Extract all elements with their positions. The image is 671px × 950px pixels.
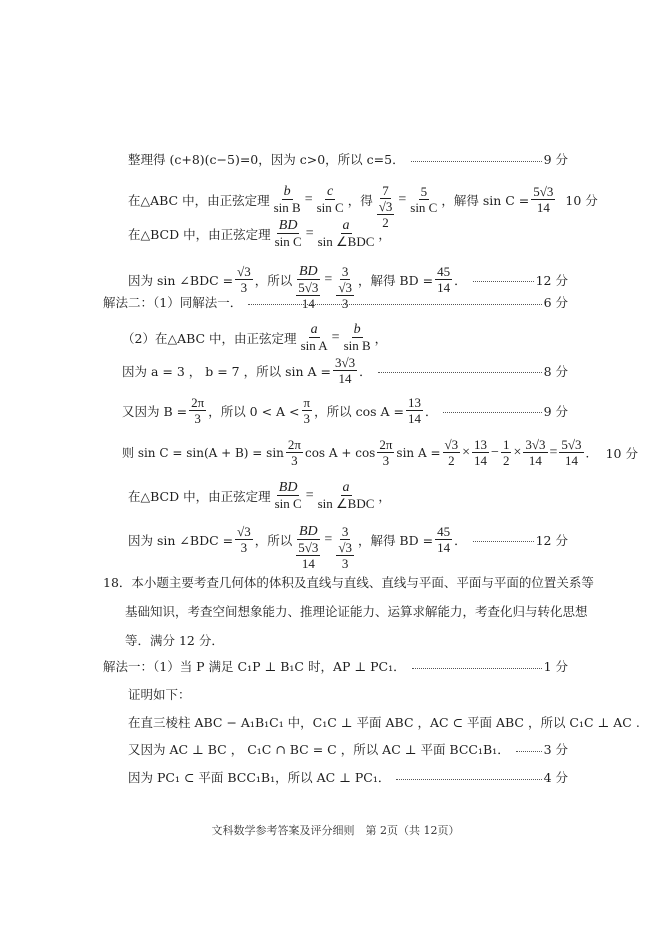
- denominator: sin ∠BDC: [316, 234, 377, 249]
- fraction: π3: [302, 395, 313, 426]
- intro-line-1: 18．本小题主要考查几何体的体积及直线与直线、直线与平面、平面与平面的位置关系等: [103, 568, 573, 597]
- equals-sign: =: [306, 226, 314, 242]
- fraction: asin A: [299, 322, 330, 353]
- question-18-intro: 18．本小题主要考查几何体的体积及直线与直线、直线与平面、平面与平面的位置关系等…: [103, 568, 573, 655]
- numerator: b: [282, 184, 293, 200]
- score-label: 4 分: [544, 768, 568, 786]
- line-text: ，所以 0 < A <: [208, 402, 299, 420]
- dot-leader: [378, 372, 542, 373]
- solution-line-9: 则 sin C = sin(A + B) = sin 2π3 cos A + c…: [122, 437, 568, 468]
- line-text: ，所以: [255, 531, 293, 549]
- line-text: ．: [586, 444, 598, 461]
- fraction: 4514: [435, 524, 452, 555]
- fraction: 5√314: [531, 184, 555, 215]
- denominator: sin A: [299, 338, 330, 353]
- numerator: c: [325, 184, 335, 200]
- numerator: BD: [297, 264, 320, 280]
- score-label: 1 分: [544, 657, 568, 675]
- fraction: csin C: [315, 184, 346, 215]
- fraction: 3√314: [333, 355, 357, 386]
- numerator: a: [341, 480, 352, 496]
- numerator: 5√3: [296, 540, 320, 556]
- numerator: 5√3: [559, 437, 583, 453]
- numerator: 3: [340, 524, 351, 540]
- equals-sign: =: [550, 445, 558, 461]
- line-text: ．: [454, 531, 467, 549]
- score-label: 9 分: [544, 402, 568, 420]
- solution-line-10: 在△BCD 中，由正弦定理 BDsin C = asin ∠BDC ，: [128, 480, 391, 511]
- denominator: 14: [563, 453, 580, 468]
- numerator: 3√3: [333, 355, 357, 371]
- dot-leader: [396, 779, 541, 780]
- fraction: 2π3: [286, 437, 303, 468]
- line-text: 又因为 AC ⊥ BC ， C₁C ∩ BC = C ，所以 AC ⊥ 平面 B…: [128, 740, 510, 758]
- fraction: 5√314: [559, 437, 583, 468]
- line-text: ，解得 sin C =: [441, 191, 529, 209]
- line-text: 在△ABC 中，由正弦定理: [128, 191, 270, 209]
- times-sign: ×: [462, 445, 470, 461]
- fraction: BDsin C: [273, 480, 304, 511]
- fraction: 5sin C: [408, 184, 439, 215]
- denominator: 14: [535, 200, 552, 215]
- line-text: （2）在△ABC 中，由正弦定理: [122, 329, 297, 347]
- dot-leader: [412, 668, 542, 669]
- line-text: ，: [378, 225, 391, 243]
- denominator: 14: [435, 540, 452, 555]
- denominator: 14: [527, 453, 544, 468]
- numerator: 45: [435, 524, 452, 540]
- denominator: 14: [472, 453, 489, 468]
- line-text: 在△BCD 中，由正弦定理: [128, 487, 271, 505]
- fraction: BD 5√314: [294, 524, 322, 571]
- numerator: 2π: [189, 395, 206, 411]
- equals-sign: =: [332, 330, 340, 346]
- intro-line-3: 等．满分 12 分．: [103, 626, 573, 655]
- fraction: BDsin C: [273, 218, 304, 249]
- denominator: 3: [192, 411, 203, 426]
- fraction: 1314: [472, 437, 489, 468]
- solution-line-5: 解法二：（1）同解法一． 6 分: [103, 293, 568, 311]
- equals-sign: =: [305, 192, 313, 208]
- line-text: 整理得 (c+8)(c−5)=0，因为 c>0，所以 c=5．: [128, 150, 405, 168]
- times-sign: ×: [513, 445, 521, 461]
- solution-line-3: 在△BCD 中，由正弦定理 BDsin C = asin ∠BDC ，: [128, 218, 391, 249]
- solution-line-11: 因为 sin ∠BDC = √33 ，所以 BD 5√314 = 3 √33 ，…: [128, 516, 568, 563]
- numerator: BD: [297, 524, 320, 540]
- numerator: 45: [435, 264, 452, 280]
- score-label: 10 分: [565, 191, 597, 209]
- solution-line-6: （2）在△ABC 中，由正弦定理 asin A = bsin B ，: [122, 322, 387, 353]
- denominator: 14: [406, 411, 423, 426]
- solution-line-12: 解法一：（1）当 P 满足 C₁P ⊥ B₁C 时，AP ⊥ PC₁． 1 分: [103, 657, 568, 675]
- nested-fraction: 5√314: [296, 540, 320, 571]
- fraction: 3√314: [523, 437, 547, 468]
- line-text: 解法二：（1）同解法一．: [103, 293, 242, 311]
- intro-line-2: 基础知识，考查空间想象能力、推理论证能力、运算求解能力，考查化归与转化思想: [103, 597, 573, 626]
- dot-leader: [248, 304, 541, 305]
- score-label: 12 分: [536, 531, 568, 549]
- fraction: 2π3: [377, 437, 394, 468]
- line-text: 因为 sin ∠BDC =: [128, 271, 233, 289]
- fraction: 4514: [435, 264, 452, 295]
- line-text: 解法一：（1）当 P 满足 C₁P ⊥ B₁C 时，AP ⊥ PC₁．: [103, 657, 406, 675]
- numerator: √3: [235, 264, 253, 280]
- equals-sign: =: [324, 532, 332, 548]
- denominator: 3: [302, 411, 313, 426]
- line-text: ，: [378, 487, 391, 505]
- line-text: ，解得 BD =: [358, 271, 433, 289]
- denominator: sin C: [273, 234, 304, 249]
- numerator: a: [309, 322, 320, 338]
- score-label: 10 分: [606, 444, 638, 462]
- fraction: 2π3: [189, 395, 206, 426]
- line-text: ，解得 BD =: [358, 531, 433, 549]
- line-text: 又因为 B =: [122, 402, 187, 420]
- denominator: 2: [501, 453, 512, 468]
- numerator: √3: [336, 540, 354, 556]
- numerator: 5√3: [531, 184, 555, 200]
- solution-line-1: 整理得 (c+8)(c−5)=0，因为 c>0，所以 c=5． 9 分: [128, 150, 568, 168]
- line-text: 则 sin C = sin(A + B) = sin: [122, 444, 284, 461]
- line-text: ，所以: [255, 271, 293, 289]
- denominator: sin C: [273, 496, 304, 511]
- score-label: 9 分: [544, 150, 568, 168]
- dot-leader: [516, 751, 542, 752]
- numerator: √3: [443, 437, 461, 453]
- fraction: 12: [501, 437, 512, 468]
- denominator: sin B: [272, 200, 303, 215]
- numerator: 7: [380, 183, 391, 199]
- line-text: ，得: [348, 191, 373, 209]
- line-text: ，所以 cos A =: [314, 402, 404, 420]
- numerator: 3: [340, 264, 351, 280]
- solution-line-13: 证明如下：: [128, 685, 191, 703]
- numerator: √3: [235, 524, 253, 540]
- page-footer: 文科数学参考答案及评分细则 第 2页（共 12页）: [0, 822, 671, 838]
- denominator: 3: [381, 453, 392, 468]
- dot-leader: [473, 541, 534, 542]
- denominator: sin B: [342, 338, 373, 353]
- numerator: π: [302, 395, 313, 411]
- denominator: 3: [289, 453, 300, 468]
- line-text: cos A + cos: [305, 446, 375, 460]
- numerator: a: [341, 218, 352, 234]
- equals-sign: =: [324, 272, 332, 288]
- fraction: asin ∠BDC: [316, 480, 377, 511]
- line-text: 因为 PC₁ ⊂ 平面 BCC₁B₁，所以 AC ⊥ PC₁．: [128, 768, 390, 786]
- denominator: 2: [446, 453, 457, 468]
- line-text: ．: [425, 402, 438, 420]
- line-text: 在△BCD 中，由正弦定理: [128, 225, 271, 243]
- denominator: 3: [239, 540, 250, 555]
- fraction: asin ∠BDC: [316, 218, 377, 249]
- nested-fraction: √33: [336, 540, 354, 571]
- fraction: √33: [235, 524, 253, 555]
- numerator: b: [352, 322, 363, 338]
- denominator: sin C: [315, 200, 346, 215]
- score-label: 8 分: [544, 362, 568, 380]
- line-text: ，: [375, 329, 388, 347]
- numerator: 5: [419, 184, 430, 200]
- line-text: ．: [359, 362, 372, 380]
- solution-line-16: 因为 PC₁ ⊂ 平面 BCC₁B₁，所以 AC ⊥ PC₁． 4 分: [128, 768, 568, 786]
- solution-line-2: 在△ABC 中，由正弦定理 bsin B = csin C ，得 7 √32 =…: [128, 176, 568, 223]
- score-label: 3 分: [544, 740, 568, 758]
- dot-leader: [473, 281, 534, 282]
- minus-sign: −: [491, 445, 499, 461]
- fraction: 1314: [406, 395, 423, 426]
- fraction: √32: [443, 437, 461, 468]
- line-text: 因为 sin ∠BDC =: [128, 531, 233, 549]
- fraction: 3 √33: [334, 524, 356, 571]
- dot-leader: [443, 412, 541, 413]
- solution-line-7: 因为 a = 3 ， b = 7 ，所以 sin A = 3√314 ． 8 分: [122, 355, 568, 386]
- equals-sign: =: [398, 192, 406, 208]
- numerator: BD: [277, 218, 300, 234]
- numerator: √3: [377, 199, 395, 215]
- numerator: 2π: [286, 437, 303, 453]
- numerator: 13: [406, 395, 423, 411]
- line-text: sin A =: [396, 446, 440, 460]
- line-text: 在直三棱柱 ABC − A₁B₁C₁ 中，C₁C ⊥ 平面 ABC ，AC ⊂ …: [128, 713, 640, 731]
- score-label: 6 分: [544, 293, 568, 311]
- fraction: √33: [235, 264, 253, 295]
- dot-leader: [411, 161, 542, 162]
- fraction: bsin B: [342, 322, 373, 353]
- line-text: 证明如下：: [128, 685, 191, 703]
- denominator: 14: [337, 371, 354, 386]
- solution-line-8: 又因为 B = 2π3 ，所以 0 < A < π3 ，所以 cos A = 1…: [122, 395, 568, 426]
- solution-line-15: 又因为 AC ⊥ BC ， C₁C ∩ BC = C ，所以 AC ⊥ 平面 B…: [128, 740, 568, 758]
- fraction: bsin B: [272, 184, 303, 215]
- denominator: 5√314: [294, 540, 322, 571]
- numerator: BD: [277, 480, 300, 496]
- denominator: sin ∠BDC: [316, 496, 377, 511]
- solution-line-14: 在直三棱柱 ABC − A₁B₁C₁ 中，C₁C ⊥ 平面 ABC ，AC ⊂ …: [128, 713, 640, 731]
- score-label: 12 分: [536, 271, 568, 289]
- numerator: 2π: [377, 437, 394, 453]
- numerator: 3√3: [523, 437, 547, 453]
- line-text: ．: [454, 271, 467, 289]
- equals-sign: =: [306, 488, 314, 504]
- numerator: 1: [501, 437, 512, 453]
- line-text: 因为 a = 3 ， b = 7 ，所以 sin A =: [122, 362, 331, 380]
- denominator: √33: [334, 540, 356, 571]
- denominator: sin C: [408, 200, 439, 215]
- numerator: 13: [472, 437, 489, 453]
